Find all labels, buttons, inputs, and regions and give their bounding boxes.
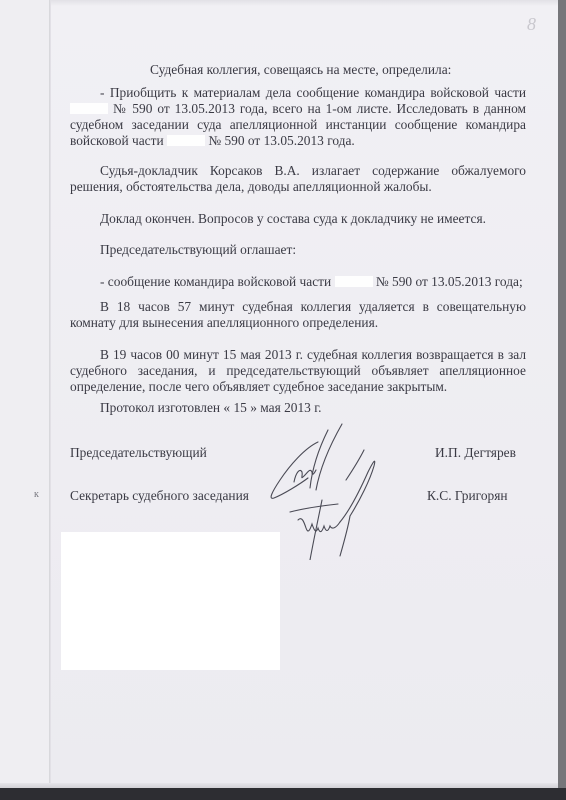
document-page: 8 к Судебная коллегия, совещаясь на мест…	[0, 0, 560, 788]
redaction-mark	[70, 103, 108, 114]
paragraph-protocol-date: Протокол изготовлен « 15 » мая 2013 г.	[70, 400, 526, 416]
presiding-name: И.П. Дегтярев	[435, 445, 516, 461]
paragraph-attach-evidence: - Приобщить к материалам дела сообщение …	[70, 85, 526, 149]
paragraph-message: - сообщение командира войсковой части № …	[70, 274, 526, 290]
paragraph-text: № 590 от 13.05.2013 года.	[205, 133, 355, 148]
scan-right-edge	[558, 0, 566, 800]
redaction-mark	[335, 276, 373, 287]
paragraph-deliberation: В 18 часов 57 минут судебная коллегия уд…	[70, 299, 526, 331]
scan-bottom-edge	[0, 788, 566, 800]
ruling-heading: Судебная коллегия, совещаясь на месте, о…	[150, 62, 451, 78]
margin-mark: к	[34, 489, 39, 500]
paragraph-text: - сообщение командира войсковой части	[100, 274, 335, 289]
paragraph-judge-report: Судья-докладчик Корсаков В.А. излагает с…	[70, 163, 526, 195]
paragraph-return: В 19 часов 00 минут 15 мая 2013 г. судеб…	[70, 347, 526, 395]
redaction-mark	[167, 135, 205, 146]
presiding-role: Председательствующий	[70, 445, 207, 461]
paragraph-text: - Приобщить к материалам дела сообщение …	[100, 85, 526, 100]
folded-page-edge	[0, 0, 49, 784]
page-number: 8	[527, 14, 536, 35]
paragraph-report-finished: Доклад окончен. Вопросов у состава суда …	[70, 211, 526, 227]
secretary-role: Секретарь судебного заседания	[70, 488, 249, 504]
secretary-name: К.С. Григорян	[427, 488, 508, 504]
fold-line	[49, 0, 51, 784]
paragraph-text: № 590 от 13.05.2013 года;	[373, 274, 523, 289]
paragraph-presiding-announces: Председательствующий оглашает:	[70, 242, 526, 258]
redaction-box	[61, 532, 280, 670]
top-shadow	[50, 0, 558, 6]
